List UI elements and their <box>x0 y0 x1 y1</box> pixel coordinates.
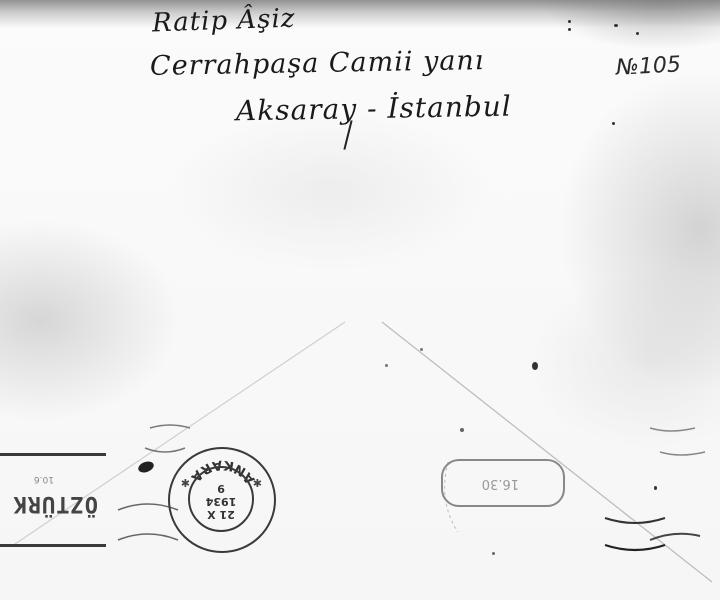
sender-street: Cerrahpaşa Camii yanı <box>150 45 485 82</box>
postmark-hour: 9 <box>192 482 250 495</box>
postmark-day-month: 21 X <box>192 508 250 521</box>
sender-house-number: №105 <box>615 52 681 80</box>
speck <box>654 486 657 490</box>
speck <box>568 20 571 23</box>
speck <box>385 364 388 367</box>
postmark-date: 21 X 1934 9 <box>192 482 250 521</box>
speck <box>568 28 571 31</box>
speck <box>460 428 464 432</box>
circular-postmark: ANKARA 21 X 1934 9 ✱ ✱ <box>168 447 276 553</box>
receiving-stamp-text: 16.30 <box>482 476 519 491</box>
speck <box>614 24 618 27</box>
receiving-stamp: 16.30 <box>441 459 565 507</box>
postmark-year: 1934 <box>192 495 250 508</box>
speck <box>612 122 615 125</box>
cachet-text: ÖZTÜRK <box>13 491 98 516</box>
speck <box>636 32 639 35</box>
speck <box>420 348 423 351</box>
envelope-back: Ratip Âşiz Cerrahpaşa Camii yanı №105 Ak… <box>0 0 720 600</box>
cachet-subtext: 10.6 <box>34 474 54 484</box>
sender-name: Ratip Âşiz <box>152 4 296 39</box>
speck <box>492 552 495 555</box>
box-cachet-stamp: ÖZTÜRK 10.6 <box>0 453 106 547</box>
star-icon: ✱ <box>253 476 262 489</box>
star-icon: ✱ <box>181 476 190 489</box>
envelope-flap-lines <box>0 0 720 600</box>
speck <box>532 362 538 370</box>
sender-city: Aksaray - İstanbul <box>236 90 512 128</box>
